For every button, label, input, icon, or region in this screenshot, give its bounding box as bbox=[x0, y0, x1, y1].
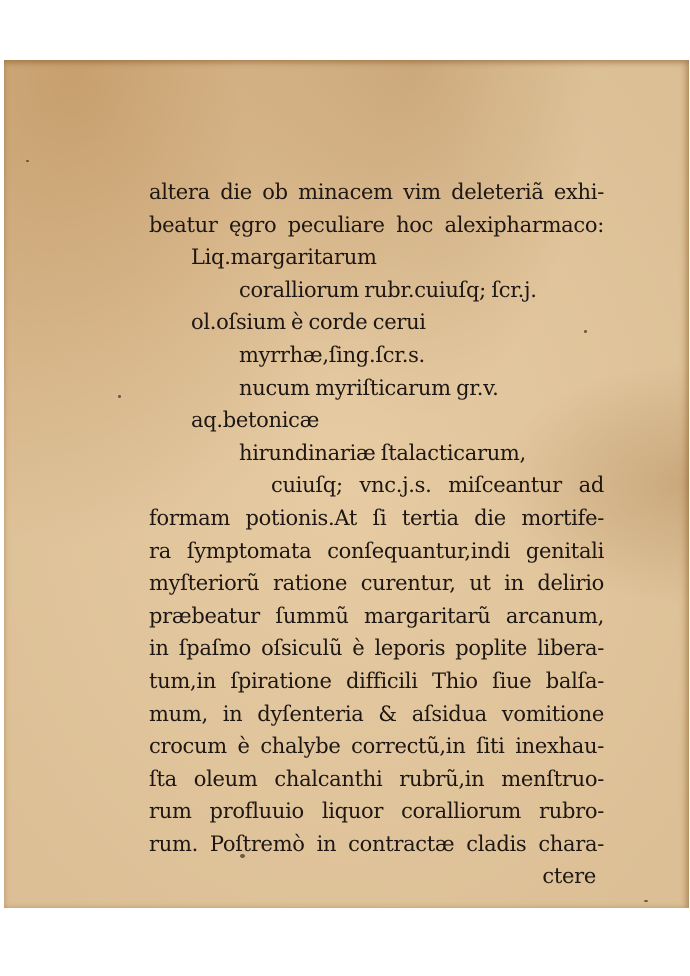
recipe-line-3: ol.oſsium è corde cerui bbox=[149, 306, 604, 339]
recipe-line-1: Liq.margaritarum bbox=[149, 241, 604, 274]
text-line-12: ra ſymptomata conſequantur,indi genitali bbox=[149, 535, 604, 568]
catchword: ctere bbox=[149, 860, 604, 893]
text-line-13: myſteriorũ ratione curentur, ut in delir… bbox=[149, 567, 604, 600]
text-line-17: mum, in dyſenteria & aſsidua vomitione bbox=[149, 698, 604, 731]
book-page: altera die ob minacem vim deleteriã exhi… bbox=[4, 60, 689, 908]
paper-speck bbox=[584, 330, 587, 333]
text-line-14: præbeatur ſummũ margaritarũ arcanum, bbox=[149, 600, 604, 633]
paper-speck bbox=[26, 160, 29, 162]
text-line-21: rum. Poſtremò in contractæ cladis chara- bbox=[149, 828, 604, 861]
recipe-line-4: myrrhæ,ſing.ſcr.s. bbox=[149, 339, 604, 372]
recipe-line-5: nucum myriſticarum gr.v. bbox=[149, 372, 604, 405]
paper-speck bbox=[644, 900, 648, 902]
text-line-1: altera die ob minacem vim deleteriã exhi… bbox=[149, 176, 604, 209]
text-line-19: ſta oleum chalcanthi rubrũ,in menſtruo- bbox=[149, 763, 604, 796]
recipe-line-2: coralliorum rubr.cuiuſq; ſcr.j. bbox=[149, 274, 604, 307]
paper-speck bbox=[240, 854, 245, 858]
text-line-15: in ſpaſmo oſsiculũ è leporis poplite lib… bbox=[149, 632, 604, 665]
recipe-line-6: aq.betonicæ bbox=[149, 404, 604, 437]
page-text-block: altera die ob minacem vim deleteriã exhi… bbox=[149, 176, 604, 893]
text-line-18: crocum è chalybe correctũ,in ſiti inexha… bbox=[149, 730, 604, 763]
text-line-16: tum,in ſpiratione difficili Thio ſiue ba… bbox=[149, 665, 604, 698]
recipe-line-8: cuiuſq; vnc.j.s. miſceantur ad bbox=[149, 469, 604, 502]
paper-speck bbox=[118, 395, 121, 398]
recipe-line-7: hirundinariæ ſtalacticarum, bbox=[149, 437, 604, 470]
text-line-2: beatur ęgro peculiare hoc alexipharmaco: bbox=[149, 209, 604, 242]
text-line-11: formam potionis.At ſi tertia die mortife… bbox=[149, 502, 604, 535]
text-line-20: rum profluuio liquor coralliorum rubro- bbox=[149, 795, 604, 828]
